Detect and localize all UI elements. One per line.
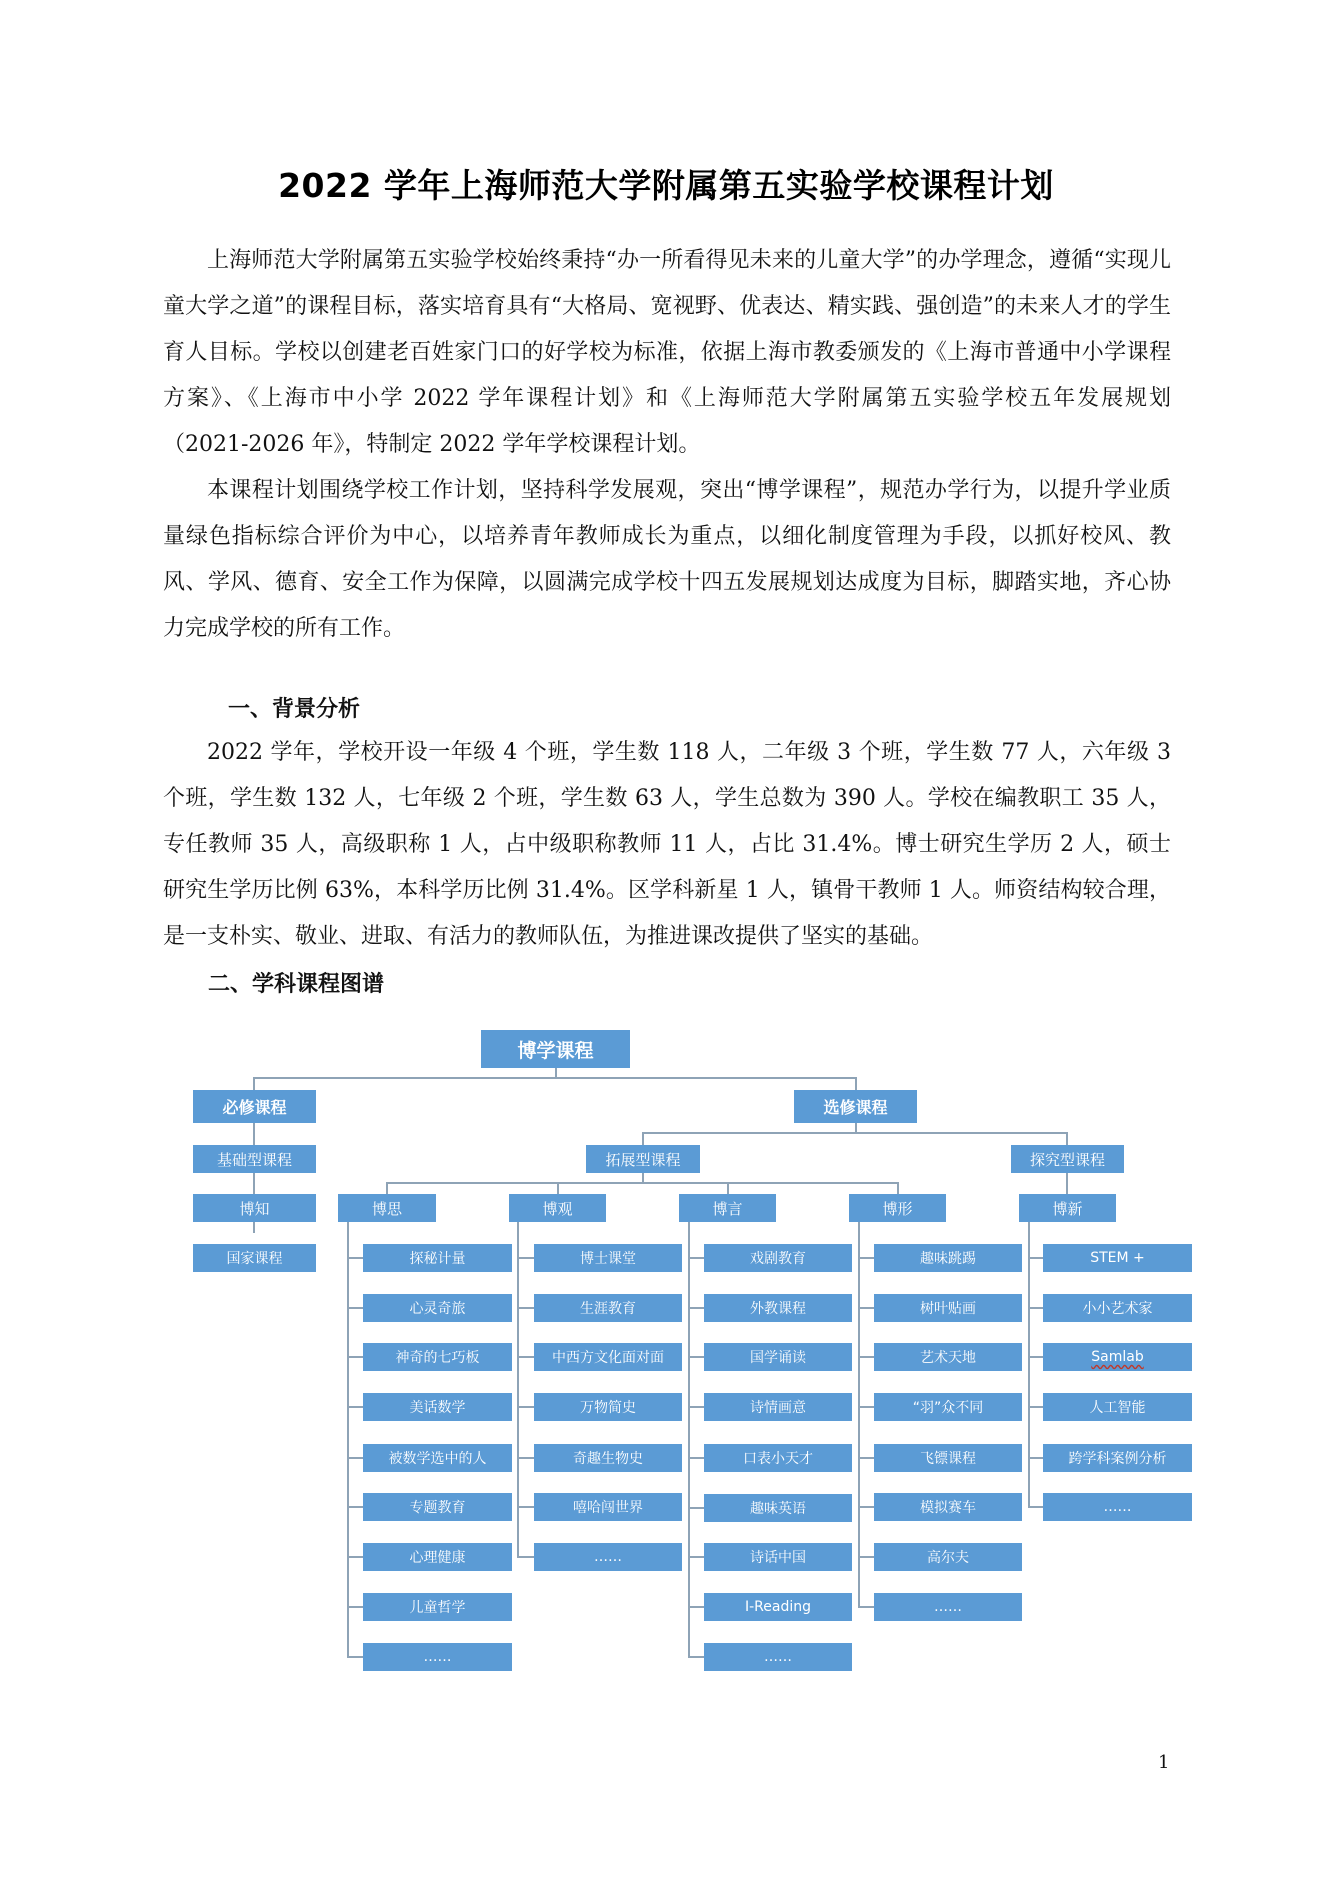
course-item: 跨学科案例分析 [1043, 1444, 1192, 1472]
course-item: 小小艺术家 [1043, 1294, 1192, 1322]
connector [517, 1457, 534, 1459]
connector [1028, 1356, 1043, 1358]
connector [688, 1307, 704, 1309]
node-inquiry-type: 探究型课程 [1011, 1145, 1124, 1173]
connector [688, 1606, 704, 1608]
course-item: 树叶贴画 [874, 1294, 1022, 1322]
connector [347, 1556, 363, 1558]
course-item: 诗情画意 [704, 1393, 852, 1421]
connector [253, 1077, 857, 1079]
course-item: Samlab [1043, 1343, 1192, 1371]
connector [347, 1257, 363, 1259]
connector [517, 1556, 534, 1558]
connector [688, 1356, 704, 1358]
connector [517, 1406, 534, 1408]
curriculum-tree-diagram: 博学课程 必修课程 基础型课程 博知 国家课程 选修课程 拓展型课程 探究型课程… [0, 0, 1332, 1883]
course-item: 口表小天才 [704, 1444, 852, 1472]
node-group-boguan: 博观 [509, 1194, 606, 1222]
course-item: …… [1043, 1493, 1192, 1521]
course-item: 趣味跳踢 [874, 1244, 1022, 1272]
connector [858, 1606, 874, 1608]
connector [386, 1182, 898, 1184]
connector [642, 1132, 1068, 1134]
connector [855, 1077, 857, 1090]
course-item: 生涯教育 [534, 1294, 682, 1322]
node-group-bosi: 博思 [338, 1194, 436, 1222]
connector [253, 1077, 255, 1090]
node-elective: 选修课程 [794, 1090, 917, 1123]
connector [688, 1257, 704, 1259]
node-root: 博学课程 [481, 1030, 630, 1068]
course-item: 戏剧教育 [704, 1244, 852, 1272]
connector [1028, 1406, 1043, 1408]
node-basic-type: 基础型课程 [193, 1145, 316, 1173]
connector [858, 1356, 874, 1358]
node-group-boxing: 博形 [849, 1194, 946, 1222]
course-item: …… [534, 1543, 682, 1571]
connector [858, 1506, 874, 1508]
course-item: I-Reading [704, 1593, 852, 1621]
node-national-course: 国家课程 [193, 1244, 316, 1272]
course-item: 神奇的七巧板 [363, 1343, 512, 1371]
connector [688, 1406, 704, 1408]
connector [858, 1307, 874, 1309]
connector [727, 1182, 729, 1194]
connector [517, 1356, 534, 1358]
connector [557, 1182, 559, 1194]
course-item: 心理健康 [363, 1543, 512, 1571]
connector [1028, 1457, 1043, 1459]
course-item: 万物简史 [534, 1393, 682, 1421]
course-item: 国学诵读 [704, 1343, 852, 1371]
node-group-boxin: 博新 [1019, 1194, 1116, 1222]
node-required: 必修课程 [193, 1090, 316, 1123]
connector [1066, 1132, 1068, 1145]
page-number: 1 [1158, 1752, 1169, 1773]
connector [688, 1656, 704, 1658]
connector [1028, 1307, 1043, 1309]
connector [858, 1406, 874, 1408]
node-group-boyan: 博言 [679, 1194, 776, 1222]
course-item: 艺术天地 [874, 1343, 1022, 1371]
connector [347, 1307, 363, 1309]
connector [688, 1222, 690, 1657]
connector [897, 1182, 899, 1194]
connector [688, 1457, 704, 1459]
connector [858, 1222, 860, 1607]
connector [1028, 1222, 1030, 1507]
course-item: …… [704, 1643, 852, 1671]
node-extended-type: 拓展型课程 [586, 1145, 700, 1173]
connector [347, 1406, 363, 1408]
connector [1028, 1257, 1043, 1259]
course-item: 模拟赛车 [874, 1493, 1022, 1521]
course-item: 奇趣生物史 [534, 1444, 682, 1472]
connector [858, 1257, 874, 1259]
connector [858, 1556, 874, 1558]
connector [347, 1606, 363, 1608]
course-item: 高尔夫 [874, 1543, 1022, 1571]
course-item: 趣味英语 [704, 1494, 852, 1522]
course-item: 儿童哲学 [363, 1593, 512, 1621]
course-item: 专题教育 [363, 1493, 512, 1521]
connector [517, 1307, 534, 1309]
course-item: 嘻哈闯世界 [534, 1493, 682, 1521]
connector [347, 1457, 363, 1459]
course-item: 飞镖课程 [874, 1444, 1022, 1472]
connector [347, 1656, 363, 1658]
course-item: 中西方文化面对面 [534, 1343, 682, 1371]
connector [858, 1457, 874, 1459]
course-item: 外教课程 [704, 1294, 852, 1322]
node-group-bozhi: 博知 [193, 1194, 316, 1222]
connector [517, 1257, 534, 1259]
course-item: 博士课堂 [534, 1244, 682, 1272]
connector [347, 1222, 349, 1657]
connector [688, 1507, 704, 1509]
connector [347, 1356, 363, 1358]
course-item: 心灵奇旅 [363, 1294, 512, 1322]
connector [688, 1556, 704, 1558]
course-item: …… [874, 1593, 1022, 1621]
course-item: …… [363, 1643, 512, 1671]
course-item: STEM + [1043, 1244, 1192, 1272]
samlab-label: Samlab [1091, 1349, 1143, 1365]
connector [517, 1506, 534, 1508]
connector [1028, 1506, 1043, 1508]
course-item: “羽”众不同 [874, 1393, 1022, 1421]
course-item: 探秘计量 [363, 1244, 512, 1272]
course-item: 被数学选中的人 [363, 1444, 512, 1472]
course-item: 诗话中国 [704, 1543, 852, 1571]
connector [642, 1132, 644, 1145]
connector [386, 1182, 388, 1194]
course-item: 美话数学 [363, 1393, 512, 1421]
course-item: 人工智能 [1043, 1393, 1192, 1421]
connector [1066, 1173, 1068, 1194]
connector [347, 1506, 363, 1508]
